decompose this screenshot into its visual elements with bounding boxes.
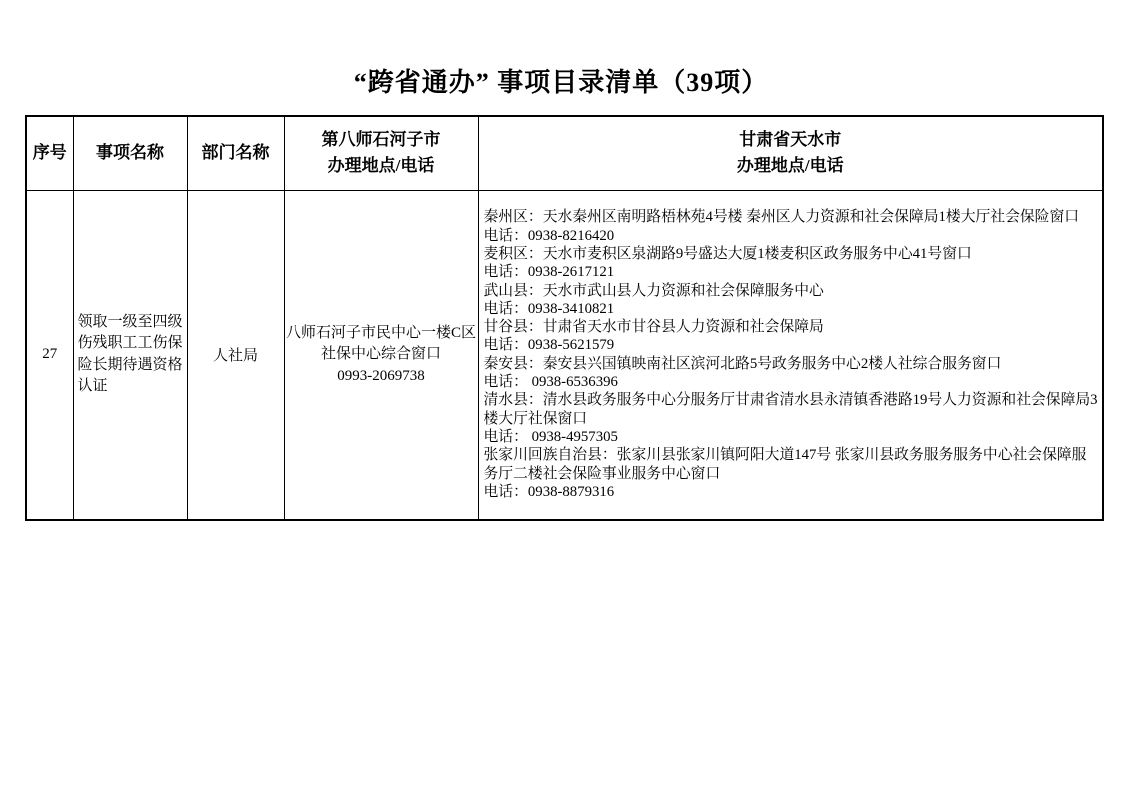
table-header-row: 序号 事项名称 部门名称 第八师石河子市 办理地点/电话 甘肃省天水市 办理地点… xyxy=(26,116,1103,190)
header-cell-department: 部门名称 xyxy=(187,116,284,190)
page-title: “跨省通办” 事项目录清单（39项） xyxy=(0,0,1122,100)
cell-item-name: 领取一级至四级伤残职工工伤保险长期待遇资格认证 xyxy=(73,190,187,520)
header-cell-tianshui-location: 甘肃省天水市 办理地点/电话 xyxy=(478,116,1103,190)
header-cell-shihezi-location: 第八师石河子市 办理地点/电话 xyxy=(284,116,478,190)
catalog-table: 序号 事项名称 部门名称 第八师石河子市 办理地点/电话 甘肃省天水市 办理地点… xyxy=(25,115,1104,521)
cell-shihezi-location: 八师石河子市民中心一楼C区 社保中心综合窗口 0993-2069738 xyxy=(284,190,478,520)
cell-row-index: 27 xyxy=(26,190,73,520)
header-cell-item-name: 事项名称 xyxy=(73,116,187,190)
cell-tianshui-location: 秦州区：天水秦州区南明路梧林苑4号楼 秦州区人力资源和社会保障局1楼大厅社会保险… xyxy=(478,190,1103,520)
document-page: “跨省通办” 事项目录清单（39项） 序号 事项名称 部门名称 第八师石河子市 … xyxy=(0,0,1122,793)
header-cell-index: 序号 xyxy=(26,116,73,190)
table-row: 27 领取一级至四级伤残职工工伤保险长期待遇资格认证 人社局 八师石河子市民中心… xyxy=(26,190,1103,520)
cell-department: 人社局 xyxy=(187,190,284,520)
